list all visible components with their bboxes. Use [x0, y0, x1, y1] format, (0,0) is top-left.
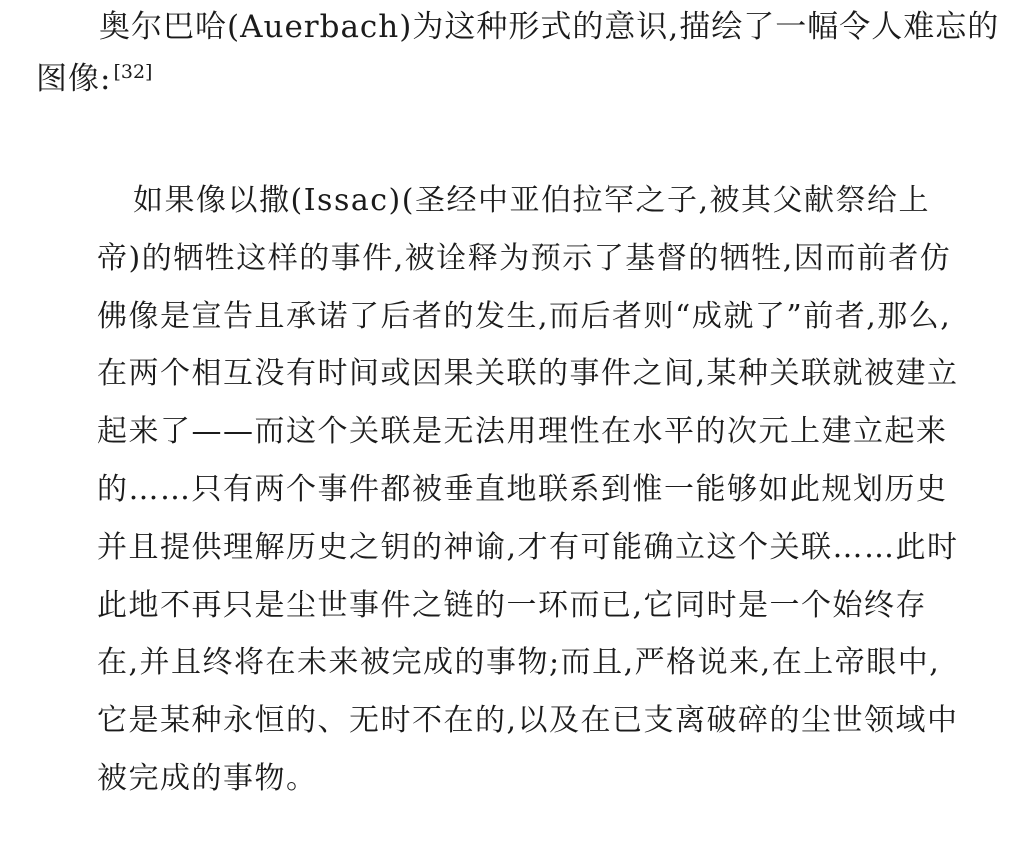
quote-line: 此地不再只是尘世事件之链的一环而已,它同时是一个始终存 [97, 577, 1011, 635]
quote-line: 如果像以撒(Issac)(圣经中亚伯拉罕之子,被其父献祭给上 [97, 172, 1011, 230]
quote-line: 佛像是宣告且承诺了后者的发生,而后者则“成就了”前者,那么, [97, 288, 1011, 346]
intro-paragraph-line-1: 奥尔巴哈(Auerbach)为这种形式的意识,描绘了一幅令人难忘的 [99, 6, 999, 48]
quote-line: 它是某种永恒的、无时不在的,以及在已支离破碎的尘世领域中 [97, 692, 1011, 750]
quote-line: 帝)的牺牲这样的事件,被诠释为预示了基督的牺牲,因而前者仿 [97, 230, 1011, 288]
quote-line: 起来了——而这个关联是无法用理性在水平的次元上建立起来 [97, 403, 1011, 461]
footnote-marker: [32] [113, 61, 152, 83]
quote-line: 并且提供理解历史之钥的神谕,才有可能确立这个关联……此时 [97, 519, 1011, 577]
quote-line: 的……只有两个事件都被垂直地联系到惟一能够如此规划历史 [97, 461, 1011, 519]
scanned-book-page: 奥尔巴哈(Auerbach)为这种形式的意识,描绘了一幅令人难忘的 图像:[32… [0, 0, 1024, 842]
intro-paragraph-line-2: 图像:[32] [36, 58, 152, 100]
intro-line-2-text: 图像: [36, 61, 111, 97]
quote-line: 在两个相互没有时间或因果关联的事件之间,某种关联就被建立 [97, 345, 1011, 403]
quote-line: 被完成的事物。 [97, 750, 1011, 808]
quote-line: 在,并且终将在未来被完成的事物;而且,严格说来,在上帝眼中, [97, 634, 1011, 692]
block-quote: 如果像以撒(Issac)(圣经中亚伯拉罕之子,被其父献祭给上 帝)的牺牲这样的事… [97, 172, 1011, 808]
